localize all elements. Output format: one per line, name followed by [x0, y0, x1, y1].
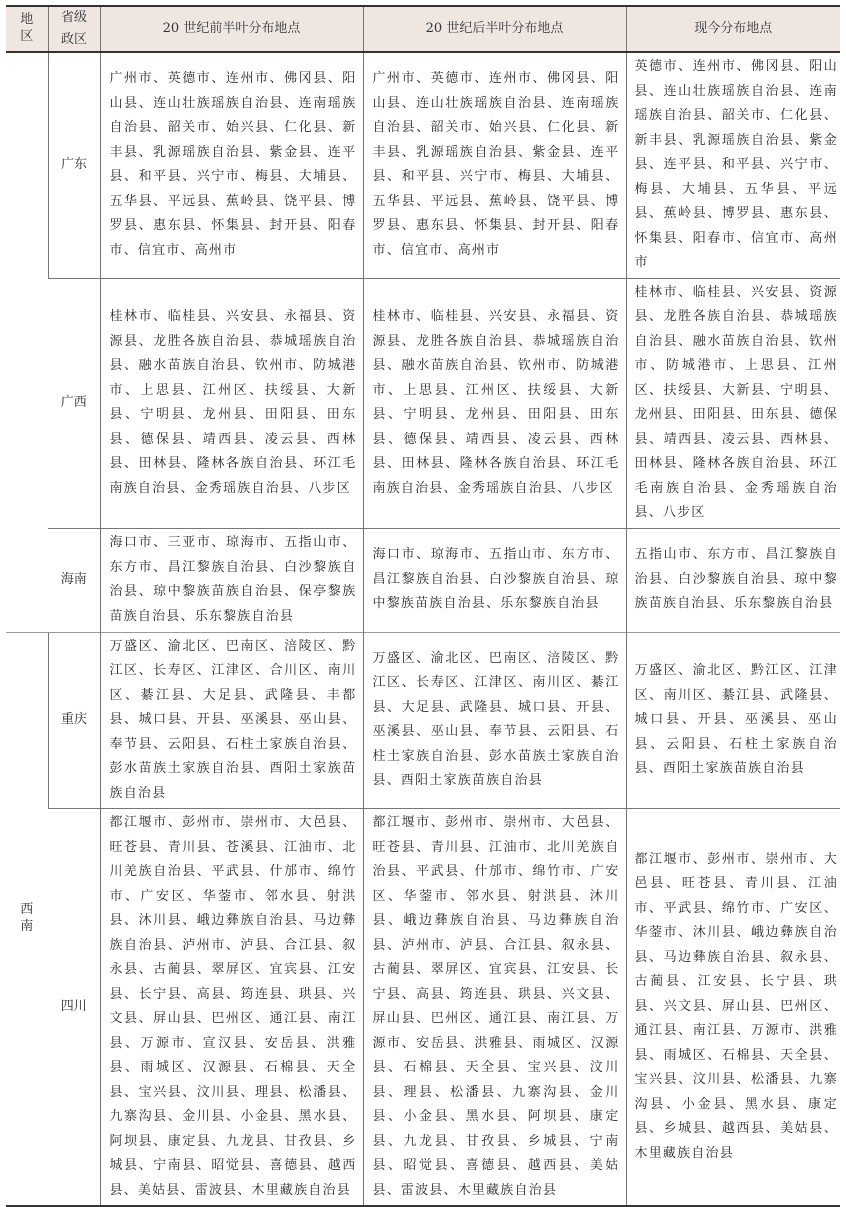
current-cell: 英德市、连州市、佛冈县、阳山县、连山壮族瑶族自治县、连南瑶族自治县、韶关市、仁化… [626, 52, 840, 278]
header-early-20th: 20 世纪前半叶分布地点 [100, 6, 363, 52]
province-cell: 重庆 [48, 632, 100, 809]
early-20th-cell: 桂林市、临桂县、兴安县、永福县、资源县、龙胜各族自治县、恭城瑶族自治县、融水苗族… [100, 278, 363, 528]
late-20th-cell: 都江堰市、彭州市、崇州市、大邑县、旺苍县、青川县、江油市、北川羌族自治县、平武县… [363, 809, 626, 1165]
current-cell: 桂林市、临桂县、兴安县、资源县、龙胜各族自治县、恭城瑶族自治县、融水苗族自治县、… [626, 278, 840, 528]
late-20th-cell: 桂林市、临桂县、兴安县、永福县、资源县、龙胜各族自治县、恭城瑶族自治县、融水苗族… [363, 278, 626, 528]
late-20th-cell: 万盛区、渝北区、巴南区、涪陵区、黔江区、长寿区、江津区、南川区、綦江县、大足县、… [363, 632, 626, 809]
late-20th-cell: 广州市、英德市、连州市、佛冈县、阳山县、连山壮族瑶族自治县、连南瑶族自治县、韶关… [363, 52, 626, 278]
header-late-20th: 20 世纪后半叶分布地点 [363, 6, 626, 52]
current-cell: 都江堰市、彭州市、崇州市、大邑县、旺苍县、青川县、江油市、平武县、绵竹市、广安区… [626, 809, 840, 1165]
early-20th-cell: 都江堰市、彭州市、崇州市、大邑县、旺苍县、青川县、苍溪县、江油市、北川羌族自治县… [100, 809, 363, 1165]
current-cell: 万盛区、渝北区、黔江区、江津区、南川区、綦江县、武隆县、城口县、开县、巫溪县、巫… [626, 632, 840, 809]
header-region: 地区 [6, 6, 48, 52]
late-20th-cell: 海口市、琼海市、五指山市、东方市、昌江黎族自治县、白沙黎族自治县、琼中黎族苗族自… [363, 528, 626, 632]
table-row-sichuan: 四川 都江堰市、彭州市、崇州市、大邑县、旺苍县、青川县、苍溪县、江油市、北川羌族… [6, 809, 840, 1165]
province-cell: 广西 [48, 278, 100, 528]
early-20th-cell: 海口市、三亚市、琼海市、五指山市、东方市、昌江黎族自治县、白沙黎族自治县、琼中黎… [100, 528, 363, 632]
early-20th-cell: 广州市、英德市、连州市、佛冈县、阳山县、连山壮族瑶族自治县、连南瑶族自治县、韶关… [100, 52, 363, 278]
current-cell: 五指山市、东方市、昌江黎族自治县、白沙黎族自治县、琼中黎族苗族自治县、乐东黎族自… [626, 528, 840, 632]
header-province: 省级政区 [48, 6, 100, 52]
table-row-hainan: 海南 海口市、三亚市、琼海市、五指山市、东方市、昌江黎族自治县、白沙黎族自治县、… [6, 528, 840, 632]
distribution-table: 地区 省级政区 20 世纪前半叶分布地点 20 世纪后半叶分布地点 现今分布地点… [6, 5, 840, 1164]
table-body: 广东 广州市、英德市、连州市、佛冈县、阳山县、连山壮族瑶族自治县、连南瑶族自治县… [6, 52, 840, 1164]
table-row-guangxi: 广西 桂林市、临桂县、兴安县、永福县、资源县、龙胜各族自治县、恭城瑶族自治县、融… [6, 278, 840, 528]
header-current: 现今分布地点 [626, 6, 840, 52]
table-header: 地区 省级政区 20 世纪前半叶分布地点 20 世纪后半叶分布地点 现今分布地点 [6, 6, 840, 52]
early-20th-cell: 万盛区、渝北区、巴南区、涪陵区、黔江区、长寿区、江津区、合川区、南川区、綦江县、… [100, 632, 363, 809]
region-cell-southwest: 西南 [6, 632, 48, 1164]
region-cell-south [6, 52, 48, 632]
table-row-guangdong: 广东 广州市、英德市、连州市、佛冈县、阳山县、连山壮族瑶族自治县、连南瑶族自治县… [6, 52, 840, 278]
province-cell: 海南 [48, 528, 100, 632]
table-row-chongqing: 西南 重庆 万盛区、渝北区、巴南区、涪陵区、黔江区、长寿区、江津区、合川区、南川… [6, 632, 840, 809]
province-cell: 广东 [48, 52, 100, 278]
province-cell: 四川 [48, 809, 100, 1165]
